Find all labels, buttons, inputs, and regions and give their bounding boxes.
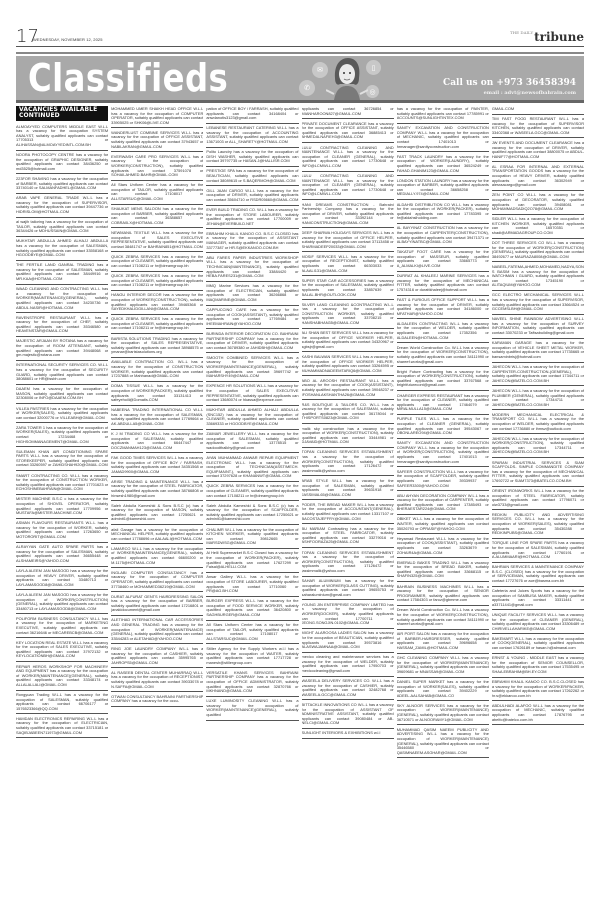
- classified-ad: WANDERLUST COMBINE SERVICES W.L.L has a …: [111, 130, 203, 152]
- woman-illustration-icon: [326, 56, 368, 100]
- classified-ad: SAHAR ALUMINIUM has a vacancy for the oc…: [302, 578, 394, 600]
- classified-ad: LAYLA ALEEM JAN MASOOD has a vacancy for…: [16, 592, 108, 614]
- classified-ad: Polito Laundry has a vacancy for the occ…: [206, 149, 298, 167]
- classified-ad: ERNST & YOUNG - MIDDLE EAST has a vacanc…: [492, 655, 584, 677]
- classified-ad: LULU CONTRACTING CLEANING AND MAINTENANC…: [302, 145, 394, 172]
- classified-ad: KASHI BALWAN SERVICES W.L.L has a vacanc…: [302, 354, 394, 376]
- column-3: pation of OFFICE BOY / FARRASH, suitably…: [206, 106, 298, 886]
- classified-ad: RAVENSTROPE RESTAURANT W.L.L has a vacan…: [16, 315, 108, 337]
- classified-ad: TOFAN CLEANING SERVICES ESTABLISHMENT ha…: [302, 550, 394, 577]
- classified-ad: PODER, THE BREAD MAKER W.L.L has a vacan…: [302, 502, 394, 524]
- classified-ad: ZEN POINT CO W.L.L has a vacancy for the…: [492, 192, 584, 214]
- classified-ad: ALDALEEN CONTRACTING W.L.L has a vacancy…: [397, 321, 489, 343]
- classified-ad: LULU CONTRACTING CLEANING AND MAINTENANC…: [302, 173, 394, 200]
- classified-ad: JAHECON W.L.L has a vacancy for the occu…: [492, 436, 584, 458]
- classified-ad: SMART CONTRACTING CO. W.L.L has a vacanc…: [16, 473, 108, 495]
- classified-ad: BAHRAIN BUSINESS MACHINES W.L.L has a va…: [397, 584, 489, 606]
- classified-ad: MUKHTAR ABDULLA AHMED ALHAJJ ABDULLA has…: [16, 238, 108, 260]
- section-heading: VACANCIES AVAILABLE CONTINUED: [16, 106, 108, 121]
- classified-ad: HANI DREAMS CONSTRUCTION - Bahraini Part…: [302, 202, 394, 229]
- classified-ad: MOSIF SERVICES W.L.L has a vacancy for t…: [302, 254, 394, 276]
- classified-ad: VILLEA PASTRIES has a vacancy for the oc…: [16, 406, 108, 424]
- classified-ad: SMOOTH COMBINED SERVICES W.L.L has a vac…: [206, 355, 298, 382]
- classified-ad: LAMARCO W.L.L has a vacancy for the occu…: [111, 546, 203, 568]
- classified-ad: UNIQUE FACILITY SERVICES W.L.L has a vac…: [492, 612, 584, 634]
- classified-ad: ARAB VAPE GENERAL TRADE W.L.L has a vaca…: [16, 195, 108, 217]
- classified-ad: Ansar Gallery W.L.L has a vacancy for th…: [206, 574, 298, 596]
- classified-ad: applicants can contact 36726854 or MIANH…: [302, 106, 394, 119]
- classified-ad: LEBANESE RESTAURANT CATERING W.L.L has a…: [206, 125, 298, 147]
- tablet-icon: ▯: [366, 60, 381, 75]
- classified-ad: DANIEL SUPER MARKET has a vacancy for th…: [397, 679, 489, 701]
- classified-ad: pation of OFFICE BOY / FARRASH, suitably…: [206, 106, 298, 124]
- classified-ad: mexico cleaning and maintenance services…: [302, 654, 394, 676]
- classified-ad: TIM FAST FOOD RESTAURANT W.L.L has a vac…: [492, 116, 584, 138]
- classified-ad: CHARGER EXPRESS RESTAURANT has a vacancy…: [397, 393, 489, 415]
- classified-ad: MOHAMMED UMER SHAIKH HEAD OFFICE W.L.L h…: [111, 106, 203, 128]
- classified-ad: JAHECON W.L.L has a vacancy for the occu…: [492, 364, 584, 386]
- column-6: GMAIL.COMTIM FAST FOOD RESTAURANT W.L.L …: [492, 106, 584, 886]
- column-5: has a vacancy for the occupation of PAIN…: [397, 106, 489, 886]
- contact-email: email : advt@newsofbahrain.com: [484, 90, 576, 96]
- column-2: MOHAMMED UMER SHAIKH HEAD OFFICE W.L.L h…: [111, 106, 203, 886]
- page-header: 17 WEDNESDAY, NOVEMBER 12, 2025 THE DAIL…: [16, 27, 584, 47]
- classified-ad: ALETIHAD INTERNATIONAL CAR ACCESSORIES A…: [111, 617, 203, 644]
- banner-bottom-bar: [16, 100, 584, 103]
- classified-ad: TORQUE LINE FOR SPARE PARTS has a vacanc…: [492, 540, 584, 562]
- classified-ad: REDKIN PUBLICITY AND ADVERTISING SERVICE…: [492, 512, 584, 539]
- classified-ad: BURINDA INTERIOR DECORATION CO. BAHRAINI…: [206, 331, 298, 353]
- classified-ad: LUXE LUMINOSITY CLEANING W.L.L has a vac…: [206, 698, 298, 720]
- classified-ad: NAVEEL SHINE RAINBOW ADVERTISING W.L.L h…: [492, 316, 584, 338]
- classified-ad: Dream World Construction Co. W.L.L has a…: [397, 607, 489, 629]
- classified-ad: EBRAHIM KHALIL KANOO CO. B.S.C.CLOSED ha…: [492, 679, 584, 701]
- classified-ad: AIR PORT SALON has a vacancy for the occ…: [397, 631, 489, 653]
- classified-ad: PRESTIGE SPA has a vacancy for the occup…: [206, 168, 298, 186]
- classified-ad: MMQ Marine Services has a vacancy for th…: [206, 283, 298, 305]
- classified-ad: AL RASEEB DENTAL CENTER MUHARRAQ W.L.L h…: [111, 670, 203, 692]
- classified-ad: MISTER MACHINE B.S.C c has a vacancy for…: [16, 496, 108, 518]
- classified-ad: JAHECON W.L.L has a vacancy for the occu…: [492, 388, 584, 410]
- classified-ad: GILL JAAN CARGO W.L.L has a vacancy for …: [206, 188, 298, 206]
- classified-ad: DOMA TISSUE W.L.L has a vacancy for the …: [111, 383, 203, 405]
- classified-ad: KARAMAN GARAGE has a vacancy for the occ…: [492, 340, 584, 362]
- classified-ad: YOUNG JIN ENTERPRISE COMPANY LIMITED has…: [302, 602, 394, 629]
- classified-ad: GMAIL.COM: [492, 106, 584, 115]
- classified-ad: ARAB STYLE W.L.L has a vacancy for the o…: [302, 478, 394, 500]
- classified-ad: DAAEM has a vacancy for the occupation o…: [16, 386, 108, 404]
- classified-ad: BU MARIAM Contracting has a vacancy for …: [302, 526, 394, 548]
- column-1: VACANCIES AVAILABLE CONTINUED ALMOAYYED …: [16, 106, 108, 886]
- classified-ad: WASEELA DELIVERY SERVICES CO. W.L.L has …: [302, 678, 394, 700]
- classified-ad: RING JOE LAUNDRY COMPANY W.L.L has a vac…: [111, 646, 203, 668]
- classified-ad: DOT THREE SERVICES CO W.L.L has a vacanc…: [492, 240, 584, 262]
- classified-ad: MAJESTIC ARJAAN BY ROTANA has a vacancy …: [16, 338, 108, 360]
- classified-ad: EMERALD BAKES TRADING W.L.L has a vacanc…: [397, 560, 489, 582]
- column-4: applicants can contact 36726854 or MIANH…: [302, 106, 394, 886]
- classified-ad: malik sky construction has a vacancy for…: [302, 426, 394, 448]
- classified-ad: ZARA TOWER 1 has a vacancy for the occup…: [16, 425, 108, 447]
- brand-prefix: THE DAILY: [510, 30, 533, 35]
- classified-ad: SANITY EXCAVATION AND CONSTRUCTION COMPA…: [397, 440, 489, 467]
- classified-ad: MUKHTAR ABDULLA AHMED ALHAJJ ABDULLA (SN…: [206, 407, 298, 429]
- banner-title: Classifieds: [28, 56, 228, 100]
- classified-ad: BITTACKLE INNOVATIONS CO W.L.L has a vac…: [302, 702, 394, 729]
- classified-ad: SIDLER W.L.L has a vacancy for the occup…: [492, 216, 584, 238]
- classified-ad: SAFEER CONSTRUCTION W.L.L has a vacancy …: [397, 469, 489, 491]
- classified-ad: SKY ALNOOR SERVICES has a vacancy for th…: [397, 703, 489, 725]
- contact-phone: Call us on +973 36458394: [443, 78, 576, 88]
- classified-ad: FAK GOOD TIMES SERVICES W.L.L has a vaca…: [111, 455, 203, 477]
- classified-ad: Dream World Construction Co. W.L.L has a…: [397, 345, 489, 367]
- classified-ad: CHALIMR W.L.L has a vacancy for the occu…: [206, 527, 298, 549]
- classified-ad: GCC ELECTRO MECHANICAL SERVICES W.L.L ha…: [492, 292, 584, 314]
- classified-ad: EBRAHIM KHALIL KANOO CO. B.S.C CLOSED ha…: [206, 231, 298, 253]
- classified-ad: TOFAN CLEANING SERVICES ESTABLISHMENT ha…: [302, 449, 394, 476]
- classified-ad: POLIFORM BUSINESS CONSULTANCY W.L.L has …: [16, 616, 108, 638]
- classified-ad: MUHAMMAD QASIM NAEEM PUBLICITY AND ADVER…: [397, 727, 489, 759]
- classified-ad: FAST TRACK LAUNDRY has a vacancy for the…: [397, 154, 489, 176]
- classified-ad: SHAUKAT MENS SALOON has a vacancy for th…: [111, 206, 203, 228]
- classified-ad: INGLABI COMPUTER CONSULTANCY has a vacan…: [111, 570, 203, 592]
- classified-ad: ABU FARES PAPER INDUSTRIES WORKSHOP W.L.…: [206, 255, 298, 282]
- classified-ad: AVAILABLE CONTRACTION CO. W.L.L has a va…: [111, 359, 203, 381]
- classified-ad: ZAIMAR JEWELLERY W.L.L has a vacancy for…: [206, 431, 298, 453]
- classified-ad: MIGHT ALAROOSA LADIES SALON has a vacanc…: [302, 630, 394, 652]
- classified-ad: Bright Future Contracting has a vacancy …: [397, 369, 489, 391]
- classified-ad: Stiller Agency for the Supply Workers w.…: [206, 646, 298, 668]
- classified-ad: QUICK ZEBRA SERVICES has a vacancy for t…: [111, 273, 203, 291]
- classified-ad: ALMOAYYED COMPUTERS MIDDLE EAST W.L.L ha…: [16, 124, 108, 151]
- classified-ad: ALI SHAN BEST SERVICES W.L.L has a vacan…: [302, 330, 394, 352]
- classified-ad: SILVER LAND CLEANING &CONTRACTING W.L.L …: [302, 302, 394, 329]
- classified-ad: BAHRAIN SERVICES & MAINTENANCE COMPANY B…: [492, 564, 584, 586]
- classified-ad: FAST & FURIOUS OFFICE SUPPORT W.L.L has …: [397, 297, 489, 319]
- classified-ad: VERSATILE KHANS SERVICES BAHRAINI PARTNE…: [206, 670, 298, 697]
- classified-ad: All Stars Uniform Center has a vacancy f…: [206, 622, 298, 644]
- classified-ad: PURPLE TILES W.L.L has a vacancy for the…: [397, 416, 489, 438]
- classified-ad: ASMAN FLAVOURS RESTAURANTS W.L.L has a v…: [16, 520, 108, 542]
- classified-ad: SPARAN INDUSTRIAL SERVICES & SIAM SCAFFO…: [492, 460, 584, 487]
- classified-ad: PRIVATE DOCUMENT CLEARANCE has a vacancy…: [302, 121, 394, 143]
- classified-ad: LONDON STATION LAUNDRY has a vacancy for…: [397, 178, 489, 200]
- classified-ad: SANITY EXCAVATION AND CONSTRUCTION COMPA…: [397, 125, 489, 152]
- classified-ad: has a vacancy for the occupation of PAIN…: [397, 106, 489, 124]
- issue-date: WEDNESDAY, NOVEMBER 12, 2025: [33, 37, 103, 42]
- classified-ad: THE FERTILE LAND GANRAL TRADING has a va…: [16, 262, 108, 284]
- classified-ad: NABEEL,FATEMA,AHMED,MOHAMED,NADYA,SONS B…: [492, 264, 584, 291]
- classified-ad: R&S BOUTIQUE & TAILORS CO. W.L.L has a v…: [302, 402, 394, 424]
- classified-ad: NABEENA TRADING INTERNATIONAL CO W.L.L h…: [111, 407, 203, 429]
- classified-ad: BURGER EXPRESS W.L.L has a vacancy for t…: [206, 598, 298, 620]
- classified-ad: ALDAHSI DISTRIBUTION CO W.L.L has a vaca…: [397, 202, 489, 224]
- newspaper-logo: THE DAILYtribune: [510, 30, 584, 44]
- classified-ad: OBIKET W.L.L has a vacancy for the occup…: [397, 516, 489, 534]
- classified-ad: QUICK ZEBRA SERVICES has a vacancy for t…: [111, 254, 203, 272]
- classified-ad: MODERN MECHANICAL ELECTRICAL & TRANSPORT…: [492, 412, 584, 434]
- classified-ad: AYAN MUHAMMAD ANWAR REPAIR EQUIPMENT ELE…: [206, 455, 298, 482]
- classified-ad: afali Garage has a vacancy for the occup…: [111, 527, 203, 545]
- classified-ad: 223FOR SHAVING has a vacancy for the occ…: [16, 176, 108, 194]
- classified-ad: OTWAN CONSULTANCY BAHRAINI PARTNERSHIP C…: [111, 694, 203, 707]
- classified-ad: All Stars Uniform Center has a vacancy f…: [111, 182, 203, 204]
- phone-icon: ✆: [299, 80, 315, 96]
- classified-ad: SUPER STAR CAR ACCESSORIES has a vacancy…: [302, 278, 394, 300]
- classified-ad: Saleh Abdulla Kameshki & Sons B.S.C (c) …: [111, 503, 203, 525]
- classified-ad: NEWMANIL TEXTILE W.L.L has a vacancy for…: [111, 230, 203, 252]
- classifieds-columns: VACANCIES AVAILABLE CONTINUED ALMOAYYED …: [16, 106, 584, 886]
- classified-ad: CAPPUCCINO CAFE has a vacancy for the oc…: [206, 307, 298, 329]
- classified-ad: EVERWASH CARE PRO SERVICES W.L.L has a v…: [111, 154, 203, 181]
- classified-ad: KEY LOCATION REAL ESTATE W.L.L has a vac…: [16, 640, 108, 662]
- classified-ad: AL BAYYINAT CONSTRUCTION has a vacancy f…: [397, 225, 489, 247]
- classified-ad: SUNLIGHT INTERIORS & EXHIBITIONS w.l.l: [302, 730, 394, 739]
- classified-ad: GHC CLEANING COMPANY W.L.L has a vacancy…: [397, 655, 489, 677]
- classified-ad: LAYLA ALEEM JAN MASOOD has a vacancy for…: [16, 568, 108, 590]
- classified-ad: REPAIR HEROS WORKSHOP FOR MACHINERY AND …: [16, 664, 108, 691]
- classified-ad: JW EVENTS AND DOCUMENT CLEARANCE has a v…: [492, 140, 584, 162]
- classified-ad: HANGU INTERIOR DECOR has a vacancy for t…: [111, 292, 203, 314]
- classified-ad: SULEMAN KHAN AIR CONDITIONING SPARE PART…: [16, 449, 108, 471]
- classified-ad: WAAD CLEANING AND CONTRACTING W.L.L has …: [16, 286, 108, 313]
- classified-ad: ABU AHYAN DECORATION COMPANY W.L.L has a…: [397, 493, 489, 515]
- classified-ad: QUICK ZEBRA SERVICES has a vacancy for t…: [206, 483, 298, 501]
- classified-ad: EVER BUILD TRADING CO. W.L.L has a vacan…: [206, 207, 298, 229]
- classified-ad: INTERNATIONAL SECURITY SERVICES CO. W.L.…: [16, 362, 108, 384]
- brand-name: tribune: [534, 30, 584, 44]
- classified-ad: DEEP SHARWA HOLIDAYS SERVICES W.L.L has …: [302, 230, 394, 252]
- classified-ad: NOORA PHOTOCOPY CENTRE has a vacancy for…: [16, 152, 108, 174]
- classified-ad: ARISE TRADING & MAINTENANCE W.L.L has a …: [111, 479, 203, 501]
- classifieds-banner: Classifieds ✉ ✆ ▯ ◎ Call us on +973 3645…: [16, 56, 584, 100]
- classified-ad: BAKEMART W.L.L has a vacancy for the occ…: [492, 636, 584, 654]
- classified-ad: DURAT ALFURAT GENTS HAIRDRESSING SALON h…: [111, 594, 203, 616]
- classified-ad: Rongyuan Trading W.L.L has a vacancy for…: [16, 692, 108, 714]
- classified-ad: al wajih tailoring has a vacancy for the…: [16, 219, 108, 237]
- classified-ad: AL ESRAA FOR INTERNAL AND EXTERNAL TRANS…: [492, 164, 584, 191]
- classified-ad: ABO AL AROOSH RESTAURANT W.L.L has a vac…: [302, 378, 394, 400]
- classified-ad: DURRAT AL KHALEEJ MARINE SERVICES has a …: [397, 273, 489, 295]
- classified-ad: Heyamad Restaurant W.L.L has a vacancy f…: [397, 536, 489, 558]
- classified-ad: Saleh Abdulla Kameshki & Sons B.S.C (c) …: [206, 503, 298, 525]
- classified-ad: EXPENCE HR SOLUTIONS W.L.L has a vacancy…: [206, 383, 298, 405]
- classified-ad: TAKATUF FOOT CARE has a vacancy for the …: [397, 249, 489, 271]
- classified-ad: Cafeteria and Juices Sports has a vacanc…: [492, 588, 584, 610]
- classified-ad: K J M TRADING CO W.L.L has a vacancy for…: [111, 431, 203, 453]
- classified-ad: ALRAYYAN GATE AUTO SPARE PARTS has a vac…: [16, 544, 108, 566]
- classified-ad: BARISTA SOLUTIONS TRADING has a vacancy …: [111, 336, 203, 358]
- classified-ad: QUICK ZEBRA SERVICES has a vacancy for t…: [111, 316, 203, 334]
- classified-ad: Al Helli Supermarket B.S.C Closed has a …: [206, 550, 298, 572]
- header-rule: [16, 52, 584, 54]
- classified-ad: ABDULHADI ALAFOO W.L.L has a vacancy for…: [492, 703, 584, 725]
- classified-ad: ORIENT IRONWORKS W.L.L has a vacancy for…: [492, 488, 584, 510]
- classified-ad: HAMDAN ELECTRONICS REPAIRING W.L.L has a…: [16, 716, 108, 738]
